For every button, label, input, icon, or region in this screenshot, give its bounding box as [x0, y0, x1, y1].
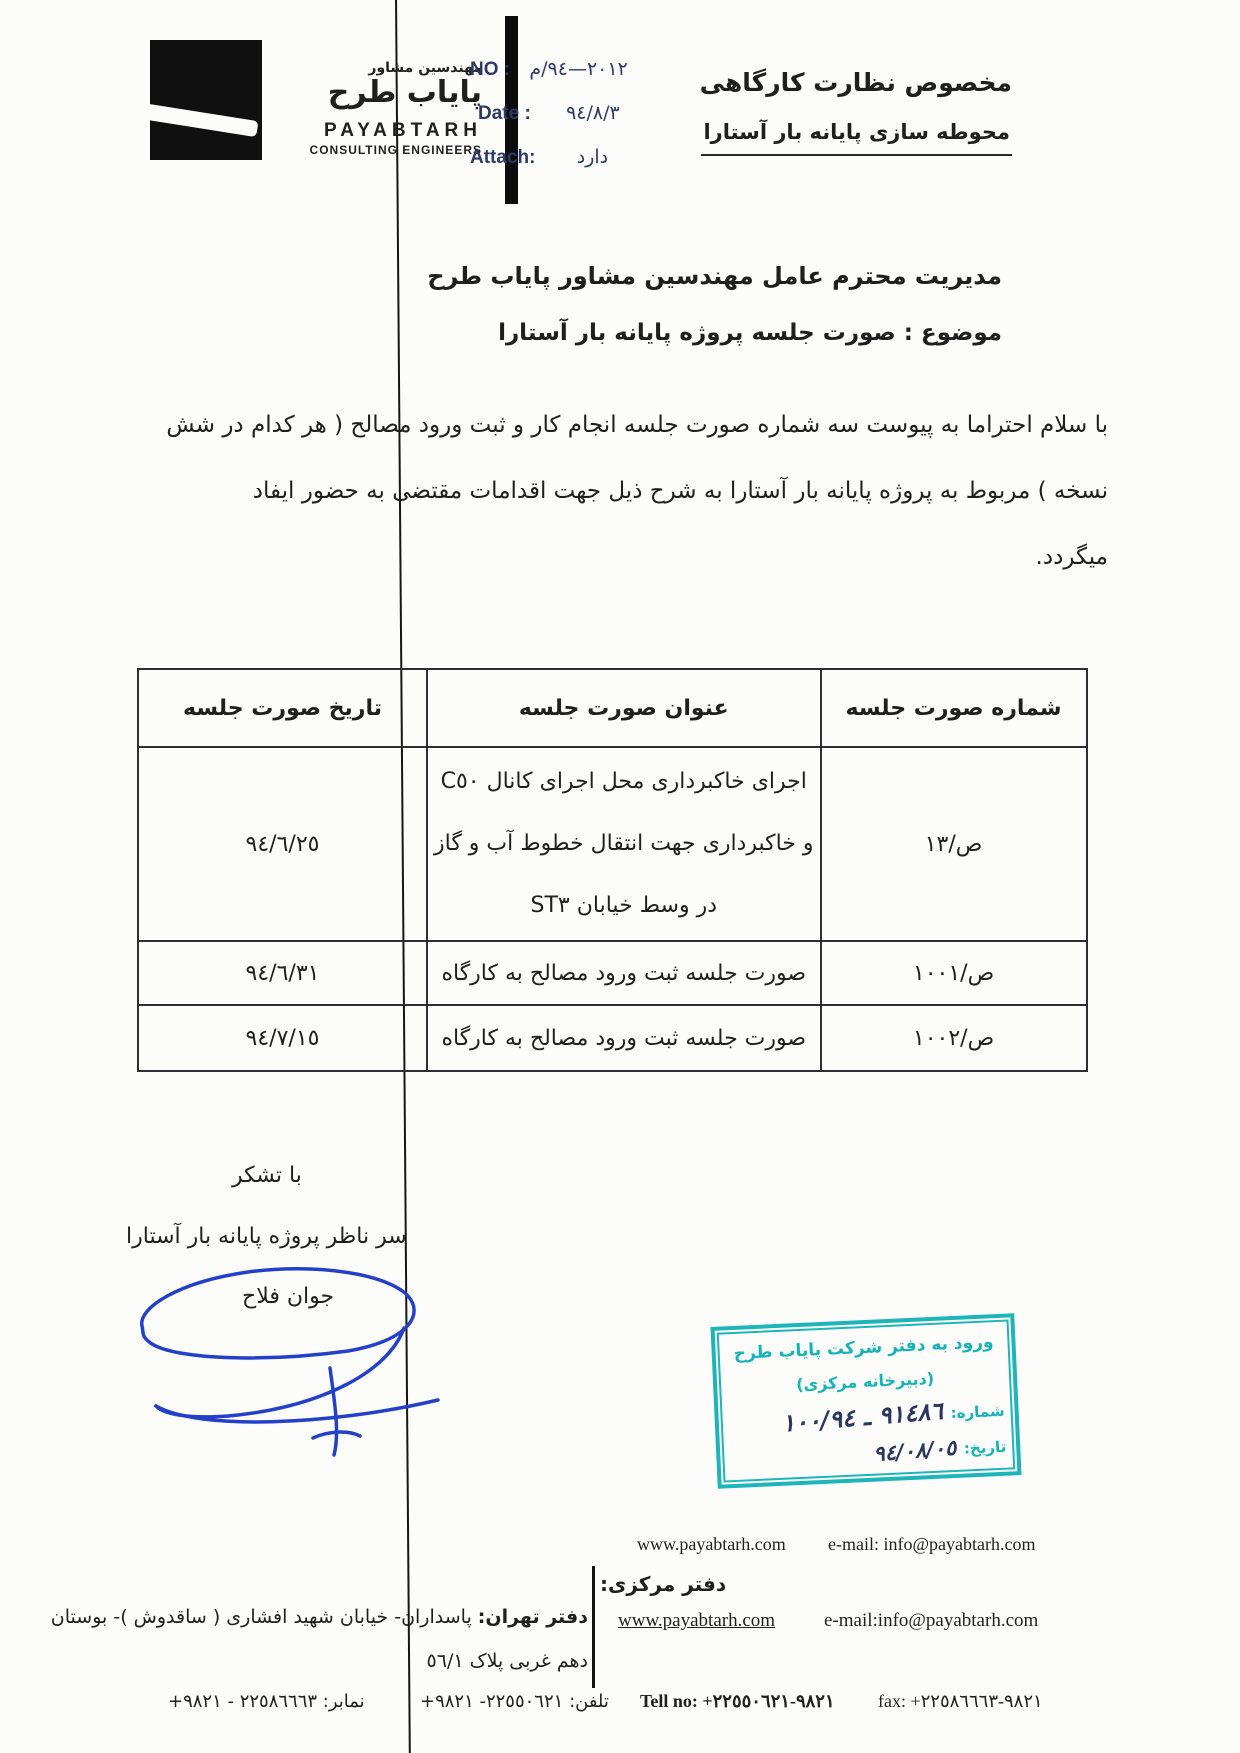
letter-subject-line: موضوع : صورت جلسه پروژه پایانه بار آستار… [498, 320, 1002, 346]
footer-fax-fa: نمابر: ‭+٩٨٢١ - ٢٢٥٨٦٦٦٣‬ [168, 1691, 365, 1712]
row2-date: ٩٤/٦/٣١ [138, 941, 427, 1005]
table-header-row: تاریخ صورت جلسه عنوان صورت جلسه شماره صو… [138, 669, 1087, 747]
row3-date: ٩٤/٧/١٥ [138, 1005, 427, 1071]
footer-central-office-label: دفتر مرکزی: [600, 1572, 726, 1596]
table-row: ٩٤/٦/٣١ صورت جلسه ثبت ورود مصالح به کارگ… [138, 941, 1087, 1005]
date-value: ٩٤/٨/٣ [566, 102, 620, 124]
letterhead-purpose-line: مخصوص نظارت کارگاهی [700, 68, 1012, 97]
stamp-date-row: تاریخ: ٩٤/٠٨/٠٥ [730, 1436, 1007, 1470]
logo-fa-name: پایاب طرح [300, 76, 482, 110]
stamp-title: ورود به دفتر شرکت پایاب طرح [725, 1332, 1002, 1365]
logo-en-subtitle: CONSULTING ENGINEERS [240, 143, 482, 157]
footer-website-link: www.payabtarh.com [618, 1610, 775, 1632]
meta-attach-row: Attach: دارد [470, 146, 608, 169]
row1-date: ٩٤/٦/٢٥ [138, 747, 427, 941]
stamp-number-row: شماره: ‭١٠٠/٩٤ ـ ٩١٤٨٦‬ [728, 1399, 1005, 1433]
stamp-subtitle: (دبیرخانه مرکزی) [727, 1367, 1004, 1398]
footer-divider-bar [592, 1566, 595, 1688]
letterhead-project-line: محوطه سازی پایانه بار آستارا [701, 120, 1012, 156]
row1-title-line: در وسط خیابان ST٣ [434, 875, 814, 937]
meta-no-row: NO : ‭م/٩٤—٢٠١٢‬ [470, 58, 628, 81]
row1-title-line: و خاکبرداری جهت انتقال خطوط آب و گاز [434, 813, 814, 875]
signature-thanks: با تشکر [232, 1163, 302, 1188]
header-number: شماره صورت جلسه [821, 669, 1087, 747]
fax-fa-label: نمابر: [323, 1691, 365, 1712]
stamp-number-handwritten: ‭١٠٠/٩٤ ـ ٩١٤٨٦‬ [781, 1399, 944, 1434]
fax-fa-number: ‭+٩٨٢١ - ٢٢٥٨٦٦٦٣‬ [168, 1691, 317, 1712]
secretariat-entry-stamp: ورود به دفتر شرکت پایاب طرح (دبیرخانه مر… [710, 1313, 1021, 1489]
footer-tel-en: Tell no: +٩٨٢١-٢٢٥٥٠٦٢١ [640, 1691, 835, 1712]
header-date: تاریخ صورت جلسه [138, 669, 427, 747]
letter-body: با سلام احتراما به پیوست سه شماره صورت ج… [133, 392, 1108, 590]
footer-tehran-label: دفتر تهران: [478, 1606, 588, 1628]
footer-website-top: www.payabtarh.com [637, 1534, 786, 1555]
row2-number: ص/١٠٠١ [821, 941, 1087, 1005]
company-logo-icon [150, 40, 262, 160]
footer-address-line2: دهم غربی پلاک ٥٦/١ [427, 1650, 588, 1672]
footer-tehran-address: دفتر تهران: پاسداران- خیابان شهید افشاری… [51, 1606, 588, 1628]
logo-en-name: PAYABTARH [240, 120, 482, 142]
attach-value: دارد [577, 146, 608, 168]
header-title: عنوان صورت جلسه [427, 669, 821, 747]
signature-role: سر ناظر پروژه پایانه بار آستارا [126, 1224, 407, 1249]
body-line: نسخه ) مربوط به پروژه پایانه بار آستارا … [133, 458, 1108, 524]
row1-number: ص/١٣ [821, 747, 1087, 941]
footer-tel-fa: تلفن: ‭+٩٨٢١ -٢٢٥٥٠٦٢١‬ [420, 1691, 609, 1712]
minutes-table: تاریخ صورت جلسه عنوان صورت جلسه شماره صو… [137, 668, 1088, 1072]
stamp-date-handwritten: ٩٤/٠٨/٠٥ [872, 1436, 957, 1465]
letter-recipient-line: مدیریت محترم عامل مهندسین مشاور پایاب طر… [427, 262, 1002, 290]
table-row: ٩٤/٧/١٥ صورت جلسه ثبت ورود مصالح به کارگ… [138, 1005, 1087, 1071]
body-line: میگردد. [133, 524, 1108, 590]
logo-fa-tagline: مهندسین مشاور [300, 60, 482, 76]
scanned-letter-page: مهندسین مشاور پایاب طرح PAYABTARH CONSUL… [0, 0, 1240, 1753]
footer-email-top: e-mail: info@payabtarh.com [828, 1534, 1036, 1555]
meta-date-row: Date : ٩٤/٨/٣ [478, 102, 620, 125]
tel-fa-number: ‭+٩٨٢١ -٢٢٥٥٠٦٢١‬ [420, 1691, 563, 1712]
row3-number: ص/١٠٠٢ [821, 1005, 1087, 1071]
stamp-number-label: شماره: [950, 1399, 1005, 1423]
footer-fax-en: fax: +٩٨٢١-٢٢٥٨٦٦٦٣ [878, 1691, 1043, 1712]
row2-title: صورت جلسه ثبت ورود مصالح به کارگاه [427, 941, 821, 1005]
footer-tehran-street: پاسداران- خیابان شهید افشاری ( ساقدوش )-… [51, 1606, 478, 1628]
attach-label: Attach: [470, 147, 535, 168]
tel-fa-label: تلفن: [569, 1691, 609, 1712]
row3-title: صورت جلسه ثبت ورود مصالح به کارگاه [427, 1005, 821, 1071]
row1-title: اجرای خاکبرداری محل اجرای کانال C٥٠ و خا… [427, 747, 821, 941]
no-value: ‭م/٩٤—٢٠١٢‬ [529, 58, 627, 80]
row1-title-line: اجرای خاکبرداری محل اجرای کانال C٥٠ [434, 751, 814, 813]
no-label: NO : [470, 59, 510, 80]
stamp-date-label: تاریخ: [963, 1436, 1006, 1460]
table-row: ٩٤/٦/٢٥ اجرای خاکبرداری محل اجرای کانال … [138, 747, 1087, 941]
footer-email: e-mail:info@payabtarh.com [824, 1610, 1038, 1632]
handwritten-signature [108, 1248, 528, 1478]
date-label: Date : [478, 103, 531, 124]
body-line: با سلام احتراما به پیوست سه شماره صورت ج… [133, 392, 1108, 458]
